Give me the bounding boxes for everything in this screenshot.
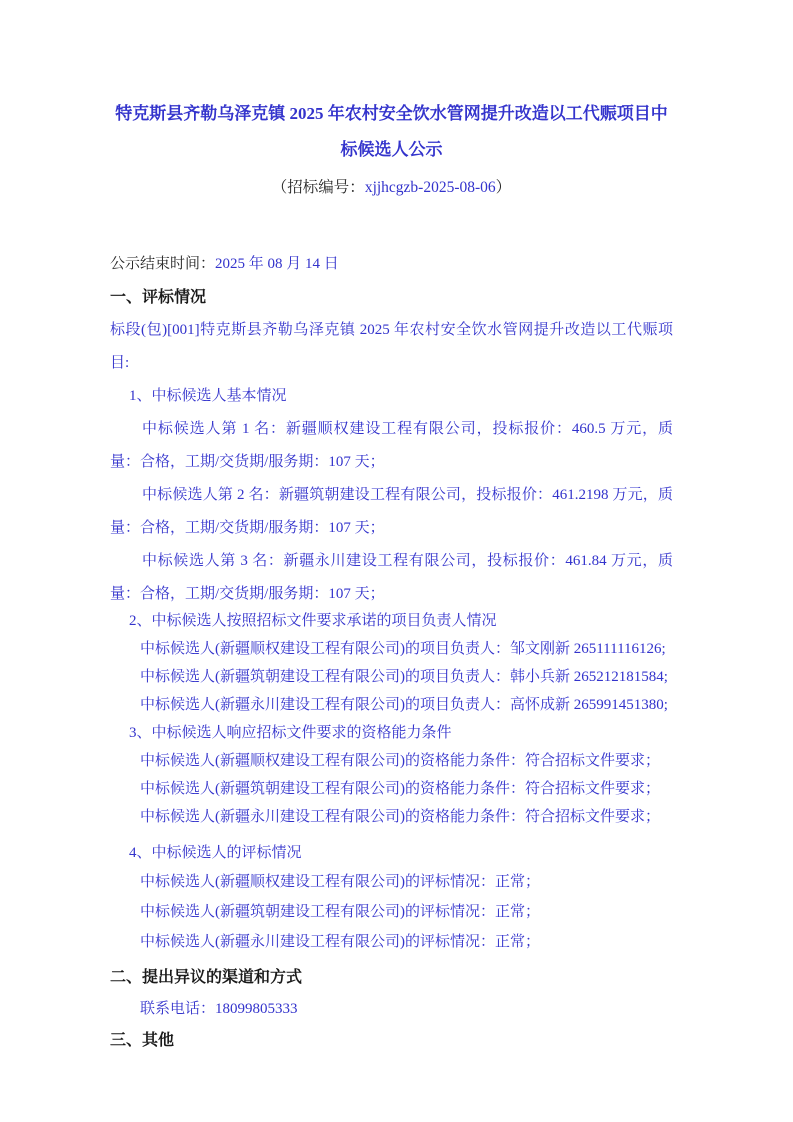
bid-number-line: （招标编号：xjjhcgzb-2025-08-06） <box>110 174 673 202</box>
publicity-end-label: 公示结束时间： <box>110 256 215 272</box>
bid-number-prefix: （招标编号： <box>272 179 365 196</box>
bid-number-suffix: ） <box>496 179 512 196</box>
evaluation-line: 中标候选人(新疆永川建设工程有限公司)的评标情况：正常； <box>110 927 673 957</box>
qualification-line: 中标候选人(新疆筑朝建设工程有限公司)的资格能力条件：符合招标文件要求； <box>110 775 673 803</box>
page-title: 特克斯县齐勒乌泽克镇 2025 年农村安全饮水管网提升改造以工代赈项目中标候选人… <box>110 96 673 168</box>
section3-heading: 三、其他 <box>110 1025 673 1056</box>
publicity-end-date: 2025 年 08 月 14 日 <box>215 256 339 272</box>
item1-heading: 1、中标候选人基本情况 <box>110 380 673 413</box>
evaluation-line: 中标候选人(新疆顺权建设工程有限公司)的评标情况：正常； <box>110 867 673 897</box>
candidate-paragraph: 中标候选人第 2 名：新疆筑朝建设工程有限公司，投标报价：461.2198 万元… <box>110 479 673 545</box>
evaluation-line: 中标候选人(新疆筑朝建设工程有限公司)的评标情况：正常； <box>110 897 673 927</box>
contact-phone-line: 联系电话：18099805333 <box>110 994 673 1025</box>
contact-phone-number: 18099805333 <box>215 1001 298 1017</box>
project-manager-line: 中标候选人(新疆筑朝建设工程有限公司)的项目负责人：韩小兵新 265212181… <box>110 663 673 691</box>
section-other: 三、其他 <box>110 1025 673 1056</box>
qualification-line: 中标候选人(新疆顺权建设工程有限公司)的资格能力条件：符合招标文件要求； <box>110 747 673 775</box>
section1-heading: 一、评标情况 <box>110 281 673 314</box>
section2-heading: 二、提出异议的渠道和方式 <box>110 961 673 994</box>
item4-heading: 4、中标候选人的评标情况 <box>110 839 673 867</box>
item2-heading: 2、中标候选人按照招标文件要求承诺的项目负责人情况 <box>110 607 673 635</box>
project-manager-line: 中标候选人(新疆永川建设工程有限公司)的项目负责人：高怀成新 265991451… <box>110 691 673 719</box>
bid-number-code: xjjhcgzb-2025-08-06 <box>365 179 496 196</box>
candidate-paragraph: 中标候选人第 1 名：新疆顺权建设工程有限公司，投标报价：460.5 万元，质量… <box>110 413 673 479</box>
qualification-line: 中标候选人(新疆永川建设工程有限公司)的资格能力条件：符合招标文件要求； <box>110 803 673 831</box>
item3-heading: 3、中标候选人响应招标文件要求的资格能力条件 <box>110 719 673 747</box>
project-manager-line: 中标候选人(新疆顺权建设工程有限公司)的项目负责人：邹文刚新 265111116… <box>110 635 673 663</box>
publicity-end-line: 公示结束时间：2025 年 08 月 14 日 <box>110 248 673 281</box>
section-evaluation: 一、评标情况 标段(包)[001]特克斯县齐勒乌泽克镇 2025 年农村安全饮水… <box>110 281 673 957</box>
document-page: 特克斯县齐勒乌泽克镇 2025 年农村安全饮水管网提升改造以工代赈项目中标候选人… <box>0 0 793 1122</box>
contact-phone-label: 联系电话： <box>140 1001 215 1017</box>
section-objection: 二、提出异议的渠道和方式 联系电话：18099805333 <box>110 961 673 1025</box>
candidate-paragraph: 中标候选人第 3 名：新疆永川建设工程有限公司，投标报价：461.84 万元，质… <box>110 545 673 611</box>
lot-line: 标段(包)[001]特克斯县齐勒乌泽克镇 2025 年农村安全饮水管网提升改造以… <box>110 314 673 380</box>
